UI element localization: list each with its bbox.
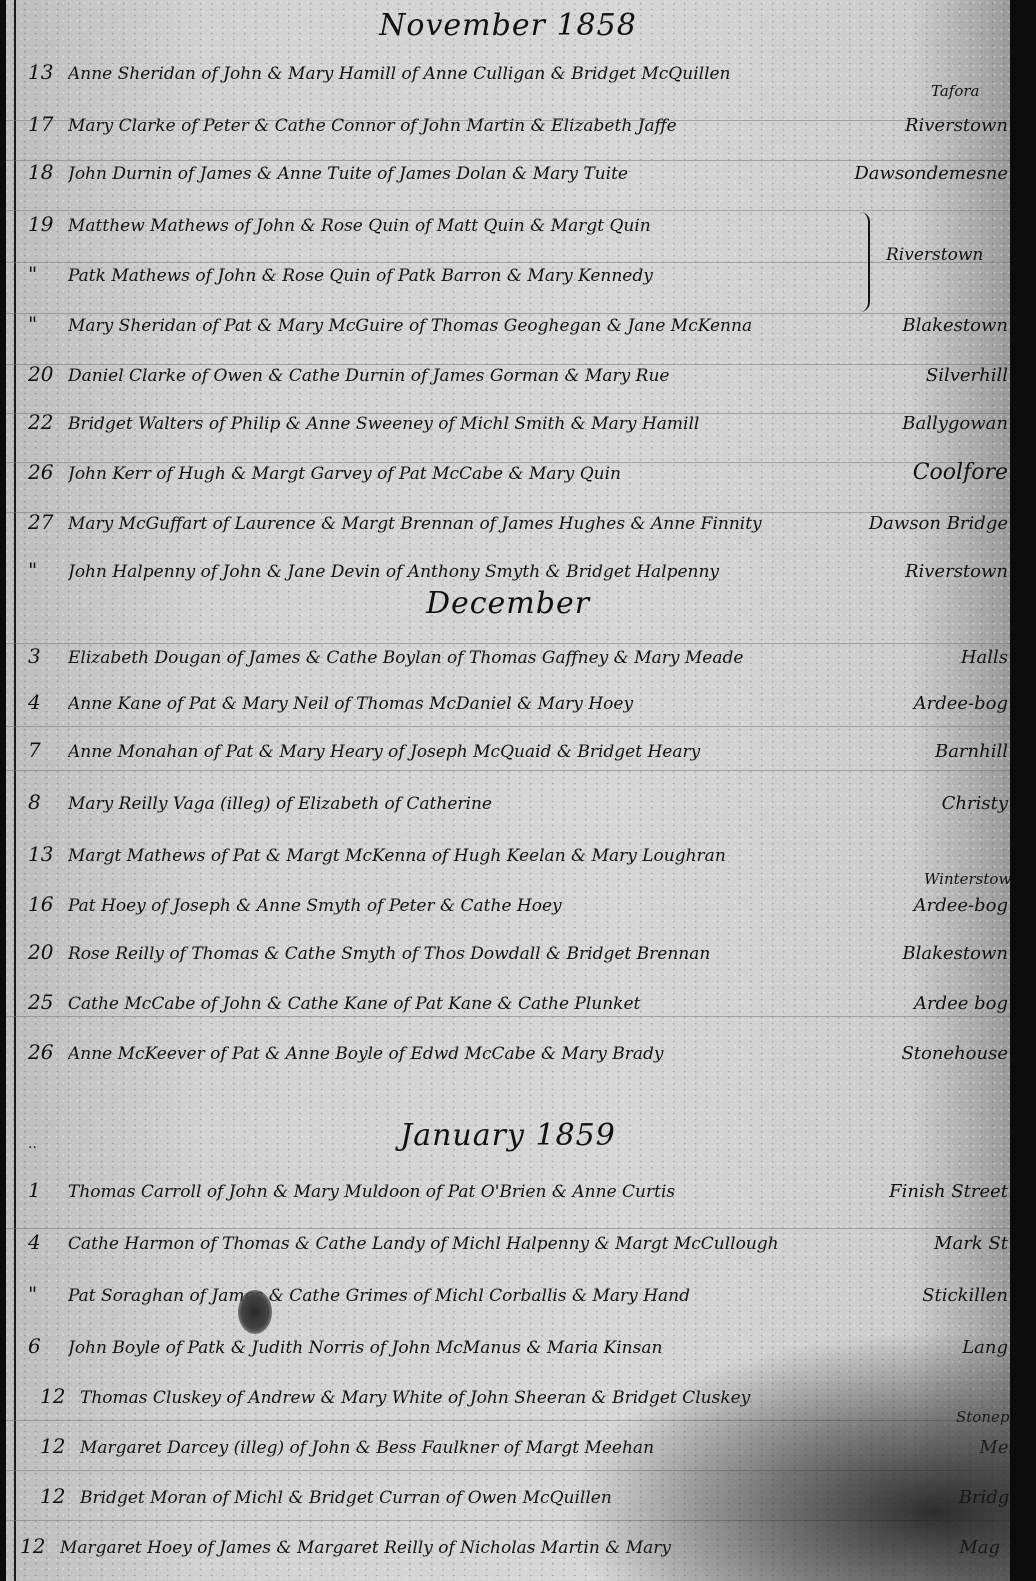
entry-day: 19 xyxy=(28,212,68,236)
ruled-line xyxy=(6,1420,1010,1421)
entry-text: Anne Monahan of Pat & Mary Heary of Jose… xyxy=(68,742,921,762)
register-entry: 16 Pat Hoey of Joseph & Anne Smyth of Pe… xyxy=(28,892,1008,926)
register-entry: 26 John Kerr of Hugh & Margt Garvey of P… xyxy=(28,460,1008,494)
entry-place: Dawsondemesne xyxy=(854,163,1008,184)
entry-text: Daniel Clarke of Owen & Cathe Durnin of … xyxy=(68,366,912,386)
entry-place: Stonehouse xyxy=(901,1043,1008,1064)
entry-place: Ardee-bog xyxy=(914,693,1008,714)
entry-place: Silverhill xyxy=(926,365,1008,386)
entry-day: 6 xyxy=(28,1334,68,1358)
entry-day: " xyxy=(28,1282,68,1306)
entry-text: Margaret Darcey (illeg) of John & Bess F… xyxy=(80,1438,965,1458)
register-entry: 12 Bridget Moran of Michl & Bridget Curr… xyxy=(40,1484,1010,1518)
entry-text: John Halpenny of John & Jane Devin of An… xyxy=(68,562,891,582)
entry-day: 26 xyxy=(28,1040,68,1064)
entry-text: Mary Clarke of Peter & Cathe Connor of J… xyxy=(68,116,891,136)
entry-place: Mag xyxy=(959,1537,1000,1558)
entry-text: Thomas Cluskey of Andrew & Mary White of… xyxy=(80,1388,940,1408)
entry-day: 27 xyxy=(28,510,68,534)
entry-day: 4 xyxy=(28,1230,68,1254)
ruled-line xyxy=(6,210,1010,211)
entry-place: Stickillen xyxy=(922,1285,1008,1306)
entry-day: 12 xyxy=(40,1484,80,1508)
entry-day: 25 xyxy=(28,990,68,1014)
entry-text: Mary Reilly Vaga (illeg) of Elizabeth of… xyxy=(68,794,928,814)
entry-day: " xyxy=(28,262,68,286)
entry-text: Pat Hoey of Joseph & Anne Smyth of Peter… xyxy=(68,896,900,916)
register-entry: 17 Mary Clarke of Peter & Cathe Connor o… xyxy=(28,112,1008,146)
entry-day: 20 xyxy=(28,362,68,386)
register-page: November 1858 13 Anne Sheridan of John &… xyxy=(6,0,1010,1581)
register-entry: 7 Anne Monahan of Pat & Mary Heary of Jo… xyxy=(28,738,1008,772)
month-heading-january-1859: January 1859 xyxy=(6,1118,1010,1153)
entry-place: Ardee bog xyxy=(914,993,1008,1014)
register-entry: 3 Elizabeth Dougan of James & Cathe Boyl… xyxy=(28,644,1008,678)
entry-day: 26 xyxy=(28,460,68,484)
register-entry: 8 Mary Reilly Vaga (illeg) of Elizabeth … xyxy=(28,790,1008,824)
entry-place: Ardee-bog xyxy=(914,895,1008,916)
entry-text: Cathe Harmon of Thomas & Cathe Landy of … xyxy=(68,1234,920,1254)
entry-day: 22 xyxy=(28,410,68,434)
ink-blot xyxy=(238,1290,272,1334)
entry-text: Elizabeth Dougan of James & Cathe Boylan… xyxy=(68,648,947,668)
entry-place: Blakestown xyxy=(902,943,1008,964)
entry-place: Stonepark xyxy=(956,1408,1010,1426)
register-entry: 25 Cathe McCabe of John & Cathe Kane of … xyxy=(28,990,1008,1024)
entry-text: John Durnin of James & Anne Tuite of Jam… xyxy=(68,164,840,184)
register-entry: 4 Cathe Harmon of Thomas & Cathe Landy o… xyxy=(28,1230,1008,1264)
entry-place: Dawson Bridge xyxy=(869,513,1008,534)
entry-text: John Boyle of Patk & Judith Norris of Jo… xyxy=(68,1338,948,1358)
entry-place: Coolfore xyxy=(913,460,1008,485)
entry-place: Winterstown xyxy=(924,870,1010,888)
entry-text: Thomas Carroll of John & Mary Muldoon of… xyxy=(68,1182,875,1202)
entry-day: 4 xyxy=(28,690,68,714)
register-entry: 20 Rose Reilly of Thomas & Cathe Smyth o… xyxy=(28,940,1008,974)
entry-text: Mary Sheridan of Pat & Mary McGuire of T… xyxy=(68,316,888,336)
entry-day: 8 xyxy=(28,790,68,814)
entry-day: 18 xyxy=(28,160,68,184)
left-margin-line xyxy=(14,0,16,1581)
register-entry: 26 Anne McKeever of Pat & Anne Boyle of … xyxy=(28,1040,1008,1074)
bracket-brace xyxy=(858,212,870,312)
entry-day: 7 xyxy=(28,738,68,762)
register-entry: 12 Margaret Darcey (illeg) of John & Bes… xyxy=(40,1434,1010,1468)
entry-text: Cathe McCabe of John & Cathe Kane of Pat… xyxy=(68,994,900,1014)
entry-place: Mell xyxy=(979,1437,1010,1458)
margin-dots: ·· xyxy=(28,1140,37,1156)
entry-place: Riverstown xyxy=(905,561,1008,582)
entry-day: 13 xyxy=(28,842,68,866)
ruled-line xyxy=(6,1470,1010,1471)
entry-place: Bridge xyxy=(959,1487,1010,1508)
month-heading-december: December xyxy=(6,586,1010,621)
entry-place: Lang xyxy=(962,1337,1008,1358)
register-entry: 22 Bridget Walters of Philip & Anne Swee… xyxy=(28,410,1008,444)
entry-day: 3 xyxy=(28,644,68,668)
entry-place: Mark St xyxy=(934,1233,1008,1254)
register-entry: 4 Anne Kane of Pat & Mary Neil of Thomas… xyxy=(28,690,1008,724)
register-entry: 6 John Boyle of Patk & Judith Norris of … xyxy=(28,1334,1008,1368)
register-entry: 20 Daniel Clarke of Owen & Cathe Durnin … xyxy=(28,362,1008,396)
register-entry: 27 Mary McGuffart of Laurence & Margt Br… xyxy=(28,510,1008,544)
entry-day: 12 xyxy=(40,1434,80,1458)
entry-place: Finish Street xyxy=(889,1181,1008,1202)
month-heading-november-1858: November 1858 xyxy=(6,8,1010,43)
register-entry: 13 Margt Mathews of Pat & Margt McKenna … xyxy=(28,842,1008,876)
entry-text: Margt Mathews of Pat & Margt McKenna of … xyxy=(68,846,1008,866)
register-entry: 12 Margaret Hoey of James & Margaret Rei… xyxy=(20,1534,1000,1568)
ruled-line xyxy=(6,1228,1010,1229)
entry-day: 1 xyxy=(28,1178,68,1202)
register-entry: 1 Thomas Carroll of John & Mary Muldoon … xyxy=(28,1178,1008,1212)
register-entry: 18 John Durnin of James & Anne Tuite of … xyxy=(28,160,1008,194)
register-entry: 13 Anne Sheridan of John & Mary Hamill o… xyxy=(28,60,1008,94)
bracket-place: Riverstown xyxy=(886,245,983,265)
entry-place: Ballygowan xyxy=(902,413,1008,434)
entry-day: " xyxy=(28,312,68,336)
entry-day: 16 xyxy=(28,892,68,916)
entry-text: Mary McGuffart of Laurence & Margt Brenn… xyxy=(68,514,855,534)
entry-place: Riverstown xyxy=(905,115,1008,136)
entry-text: Anne Sheridan of John & Mary Hamill of A… xyxy=(68,64,1008,84)
entry-text: Bridget Moran of Michl & Bridget Curran … xyxy=(80,1488,945,1508)
entry-day: 13 xyxy=(28,60,68,84)
entry-text: Rose Reilly of Thomas & Cathe Smyth of T… xyxy=(68,944,888,964)
entry-place: Barnhill xyxy=(935,741,1008,762)
entry-text: Margaret Hoey of James & Margaret Reilly… xyxy=(60,1538,945,1558)
entry-text: Anne Kane of Pat & Mary Neil of Thomas M… xyxy=(68,694,900,714)
entry-place: Christy xyxy=(942,793,1008,814)
entry-day: " xyxy=(28,558,68,582)
entry-place: Tafora xyxy=(931,82,979,100)
entry-text: Anne McKeever of Pat & Anne Boyle of Edw… xyxy=(68,1044,887,1064)
ruled-line xyxy=(6,1520,1010,1521)
entry-text: John Kerr of Hugh & Margt Garvey of Pat … xyxy=(68,464,899,484)
entry-text: Pat Soraghan of James & Cathe Grimes of … xyxy=(68,1286,908,1306)
register-entry: 12 Thomas Cluskey of Andrew & Mary White… xyxy=(40,1384,940,1418)
entry-day: 12 xyxy=(40,1384,80,1408)
register-entry: " Mary Sheridan of Pat & Mary McGuire of… xyxy=(28,312,1008,346)
entry-day: 12 xyxy=(20,1534,60,1558)
entry-place: Halls xyxy=(961,647,1008,668)
ruled-line xyxy=(6,726,1010,727)
entry-text: Bridget Walters of Philip & Anne Sweeney… xyxy=(68,414,888,434)
entry-day: 20 xyxy=(28,940,68,964)
register-entry: " Pat Soraghan of James & Cathe Grimes o… xyxy=(28,1282,1008,1316)
entry-place: Blakestown xyxy=(902,315,1008,336)
entry-day: 17 xyxy=(28,112,68,136)
